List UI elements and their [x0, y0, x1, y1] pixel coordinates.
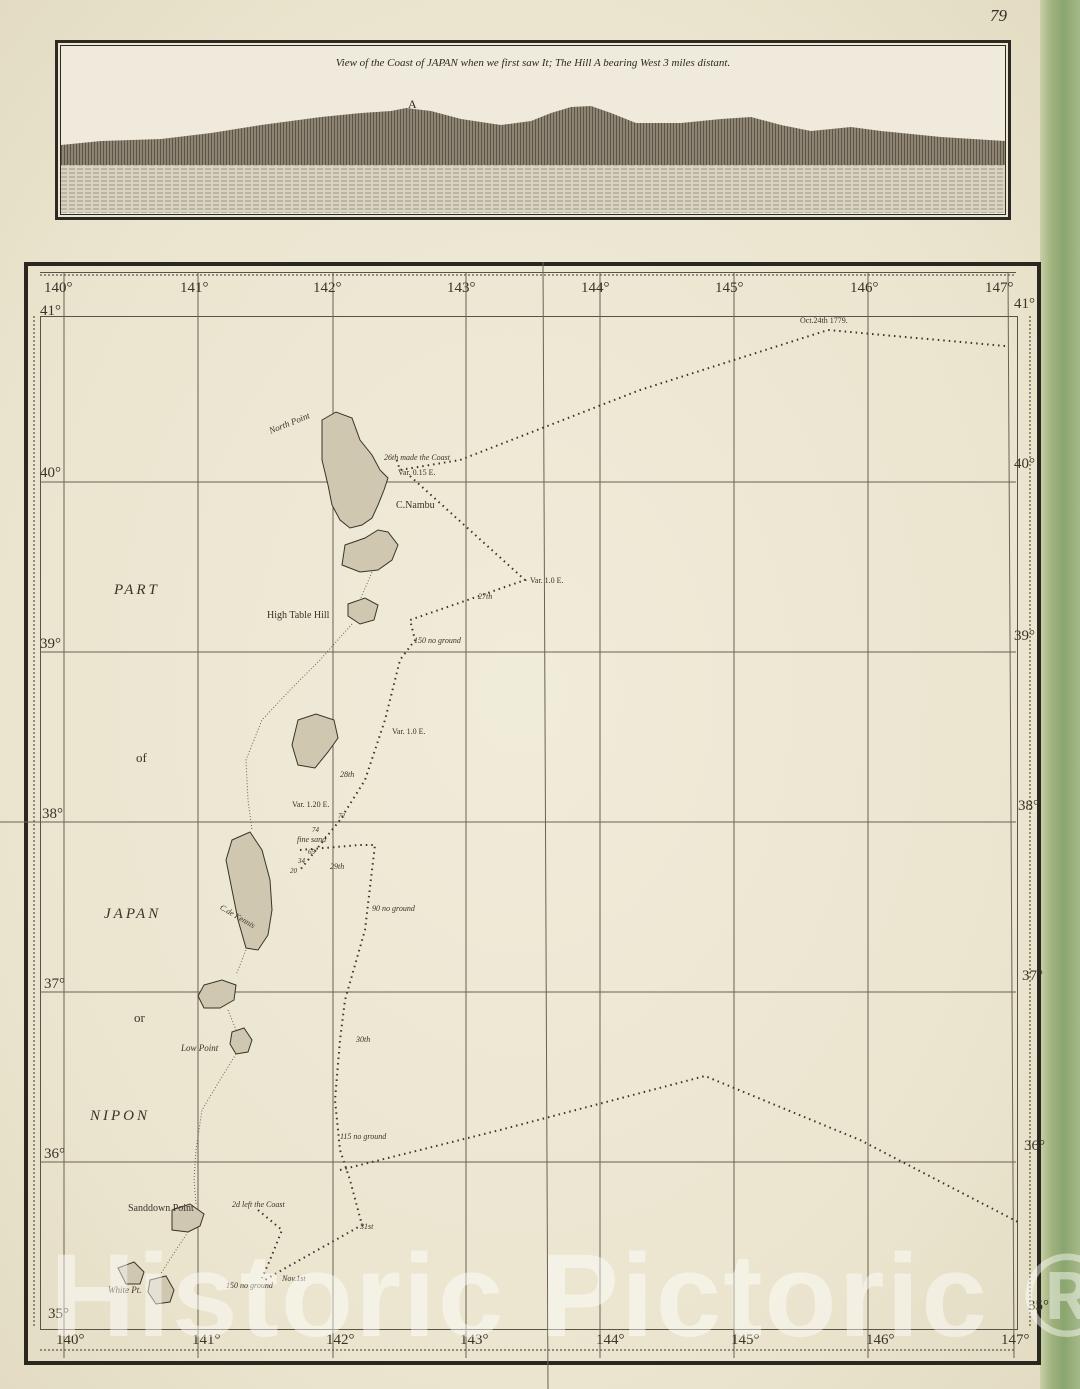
- track-90-no-ground: 90 no ground: [372, 904, 415, 913]
- region-label-of: of: [136, 750, 147, 766]
- region-label-part: PART: [114, 582, 160, 599]
- track-27th: 27th: [478, 592, 492, 601]
- lat-left-36: 36°: [44, 1146, 65, 1163]
- lat-right-39: 39°: [1014, 628, 1035, 645]
- chart-linework: [0, 0, 1080, 1389]
- sounding-65: 65: [308, 848, 315, 856]
- track-var-015: Var. 0.15 E.: [398, 468, 436, 477]
- lon-top-143: 143°: [447, 280, 476, 297]
- lat-right-41: 41°: [1014, 296, 1035, 313]
- region-label-or: or: [134, 1010, 145, 1026]
- track-left-coast: 2d left the Coast: [232, 1200, 285, 1209]
- track-29th: 29th: [330, 862, 344, 871]
- track-30th: 30th: [356, 1035, 370, 1044]
- track-oct24: Oct.24th 1779.: [800, 316, 848, 325]
- lon-top-145: 145°: [715, 280, 744, 297]
- track-var-10-lower: Var. 1.0 E.: [392, 727, 426, 736]
- sounding-20: 20: [290, 867, 297, 875]
- sounding-74: 74: [312, 826, 319, 834]
- sounding-72: 72: [338, 812, 345, 820]
- lat-left-41: 41°: [40, 303, 61, 320]
- lat-left-38: 38°: [42, 806, 63, 823]
- track-28th: 28th: [340, 770, 354, 779]
- lon-top-142: 142°: [313, 280, 342, 297]
- lon-top-140: 140°: [44, 280, 73, 297]
- lat-right-38: 38°: [1018, 798, 1039, 815]
- lat-right-36: 36°: [1024, 1138, 1045, 1155]
- region-label-japan: JAPAN: [104, 906, 161, 923]
- watermark: Historic Pictoric ®: [50, 1228, 1080, 1364]
- graticule: [0, 262, 1016, 1389]
- lat-left-37: 37°: [44, 976, 65, 993]
- track-115-no-ground: 115 no ground: [340, 1132, 386, 1141]
- lat-right-37: 37°: [1022, 968, 1043, 985]
- place-high-table-hill: High Table Hill: [267, 610, 329, 621]
- track-var-120: Var. 1.20 E.: [292, 800, 330, 809]
- track-150-no-ground: 150 no ground: [414, 636, 461, 645]
- lat-left-40: 40°: [40, 465, 61, 482]
- place-low-point: Low Point: [181, 1043, 218, 1053]
- lon-top-144: 144°: [581, 280, 610, 297]
- lon-top-147: 147°: [985, 280, 1014, 297]
- lat-left-39: 39°: [40, 636, 61, 653]
- coastline: [118, 412, 398, 1304]
- place-sanddown-point: Sanddown Point: [128, 1203, 194, 1214]
- region-label-nipon: NIPON: [90, 1108, 150, 1125]
- scale-ticks: [34, 275, 1030, 1350]
- track-fine-sand: fine sand: [297, 835, 326, 844]
- lon-top-146: 146°: [850, 280, 879, 297]
- lat-right-40: 40°: [1014, 456, 1035, 473]
- place-c-nambu: C.Nambu: [396, 500, 435, 511]
- sounding-34: 34: [298, 857, 305, 865]
- track-made-coast: 26th made the Coast: [384, 453, 450, 462]
- track-var-10-upper: Var. 1.0 E.: [530, 576, 564, 585]
- lon-top-141: 141°: [180, 280, 209, 297]
